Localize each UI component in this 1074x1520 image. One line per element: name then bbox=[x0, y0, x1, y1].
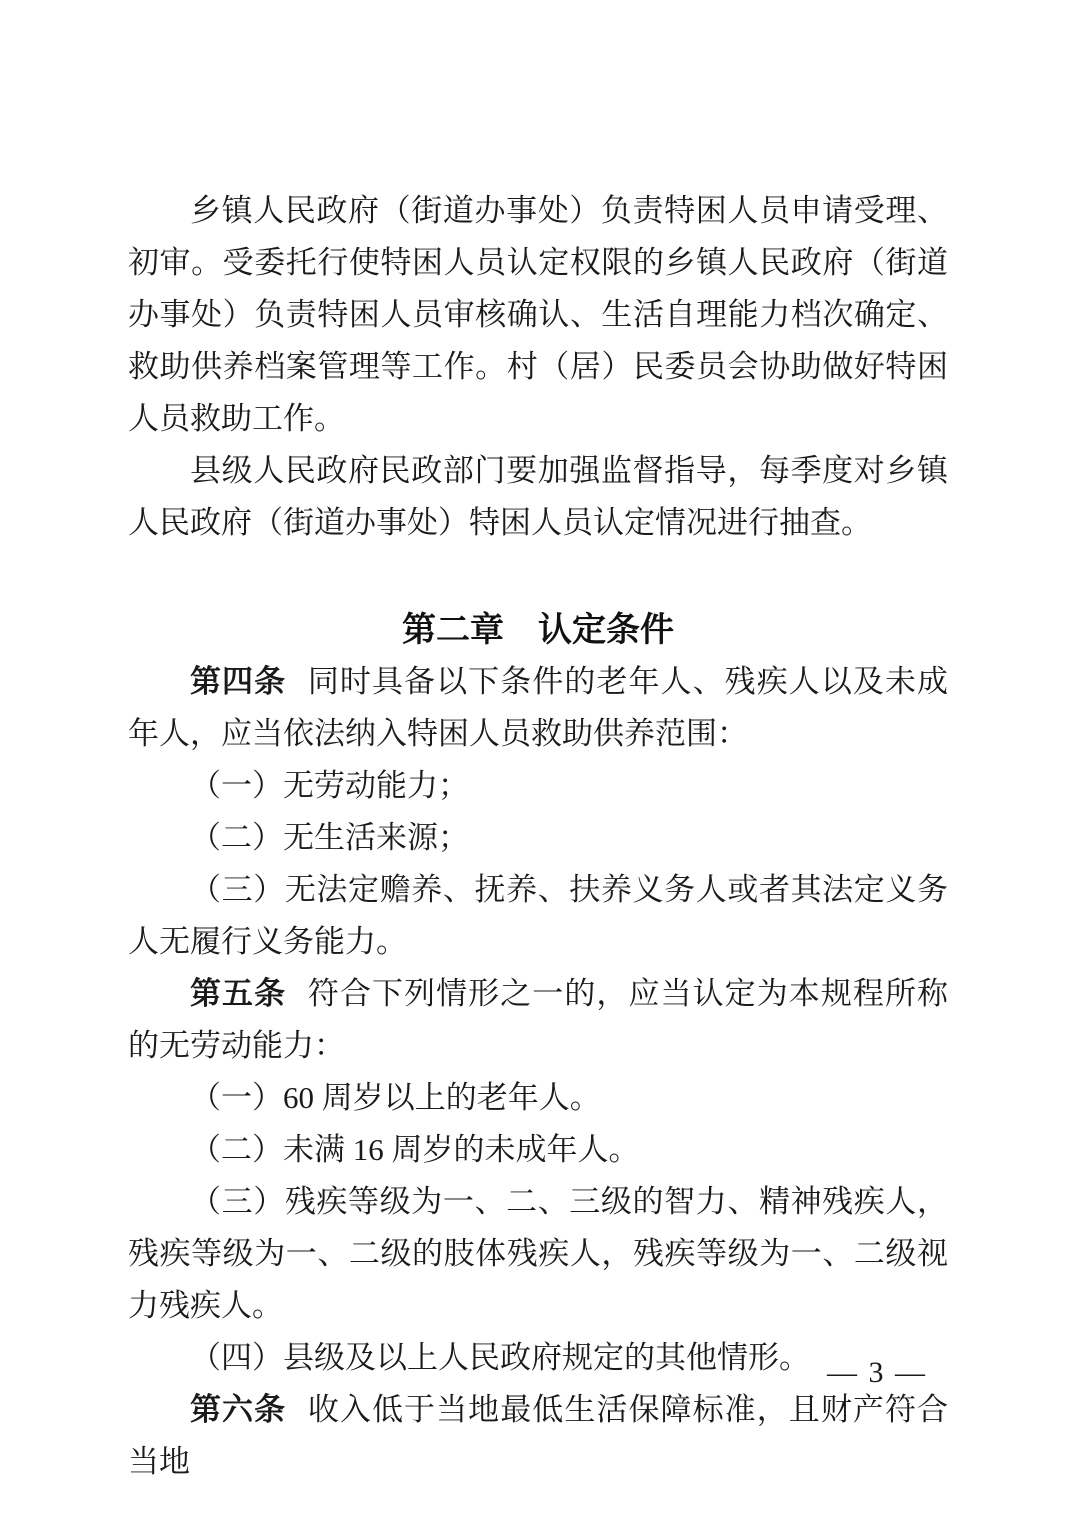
paragraph-township-duties: 乡镇人民政府（街道办事处）负责特困人员申请受理、初审。受委托行使特困人员认定权限… bbox=[128, 185, 948, 445]
paragraph-text: 县级人民政府民政部门要加强监督指导，每季度对乡镇人民政府（街道办事处）特困人员认… bbox=[128, 453, 948, 540]
article-5-number: 第五条 bbox=[190, 976, 286, 1011]
chapter-heading: 第二章 认定条件 bbox=[128, 604, 948, 656]
list-item-article4-1: （一）无劳动能力； bbox=[128, 760, 948, 812]
list-item-article5-3: （三）残疾等级为一、二、三级的智力、精神残疾人，残疾等级为一、二级的肢体残疾人，… bbox=[128, 1176, 948, 1332]
list-item-article5-4: （四）县级及以上人民政府规定的其他情形。 bbox=[128, 1332, 948, 1384]
list-item-article5-2: （二）未满 16 周岁的未成年人。 bbox=[128, 1124, 948, 1176]
document-body: 乡镇人民政府（街道办事处）负责特困人员申请受理、初审。受委托行使特困人员认定权限… bbox=[128, 185, 948, 1488]
paragraph-text: （三）无法定赡养、抚养、扶养义务人或者其法定义务人无履行义务能力。 bbox=[128, 872, 948, 959]
paragraph-text: （三）残疾等级为一、二、三级的智力、精神残疾人，残疾等级为一、二级的肢体残疾人，… bbox=[128, 1184, 948, 1323]
paragraph-text: 乡镇人民政府（街道办事处）负责特困人员申请受理、初审。受委托行使特困人员认定权限… bbox=[128, 193, 948, 436]
list-item-article4-2: （二）无生活来源； bbox=[128, 812, 948, 864]
paragraph-county-supervision: 县级人民政府民政部门要加强监督指导，每季度对乡镇人民政府（街道办事处）特困人员认… bbox=[128, 445, 948, 549]
paragraph-article-5: 第五条符合下列情形之一的，应当认定为本规程所称的无劳动能力： bbox=[128, 968, 948, 1072]
list-item-article4-3: （三）无法定赡养、抚养、扶养义务人或者其法定义务人无履行义务能力。 bbox=[128, 864, 948, 968]
document-page: 乡镇人民政府（街道办事处）负责特困人员申请受理、初审。受委托行使特困人员认定权限… bbox=[0, 0, 1074, 1520]
article-6-number: 第六条 bbox=[190, 1392, 286, 1427]
paragraph-article-4: 第四条同时具备以下条件的老年人、残疾人以及未成年人，应当依法纳入特困人员救助供养… bbox=[128, 656, 948, 760]
paragraph-text: （二）无生活来源； bbox=[190, 820, 469, 855]
paragraph-text: （四）县级及以上人民政府规定的其他情形。 bbox=[190, 1340, 810, 1375]
paragraph-text: （二）未满 16 周岁的未成年人。 bbox=[190, 1132, 640, 1167]
paragraph-article-6: 第六条收入低于当地最低生活保障标准，且财产符合当地 bbox=[128, 1384, 948, 1488]
paragraph-text: （一）60 周岁以上的老年人。 bbox=[190, 1080, 601, 1115]
page-number: — 3 — bbox=[827, 1347, 927, 1399]
article-4-number: 第四条 bbox=[190, 664, 286, 699]
paragraph-text: （一）无劳动能力； bbox=[190, 768, 469, 803]
list-item-article5-1: （一）60 周岁以上的老年人。 bbox=[128, 1072, 948, 1124]
